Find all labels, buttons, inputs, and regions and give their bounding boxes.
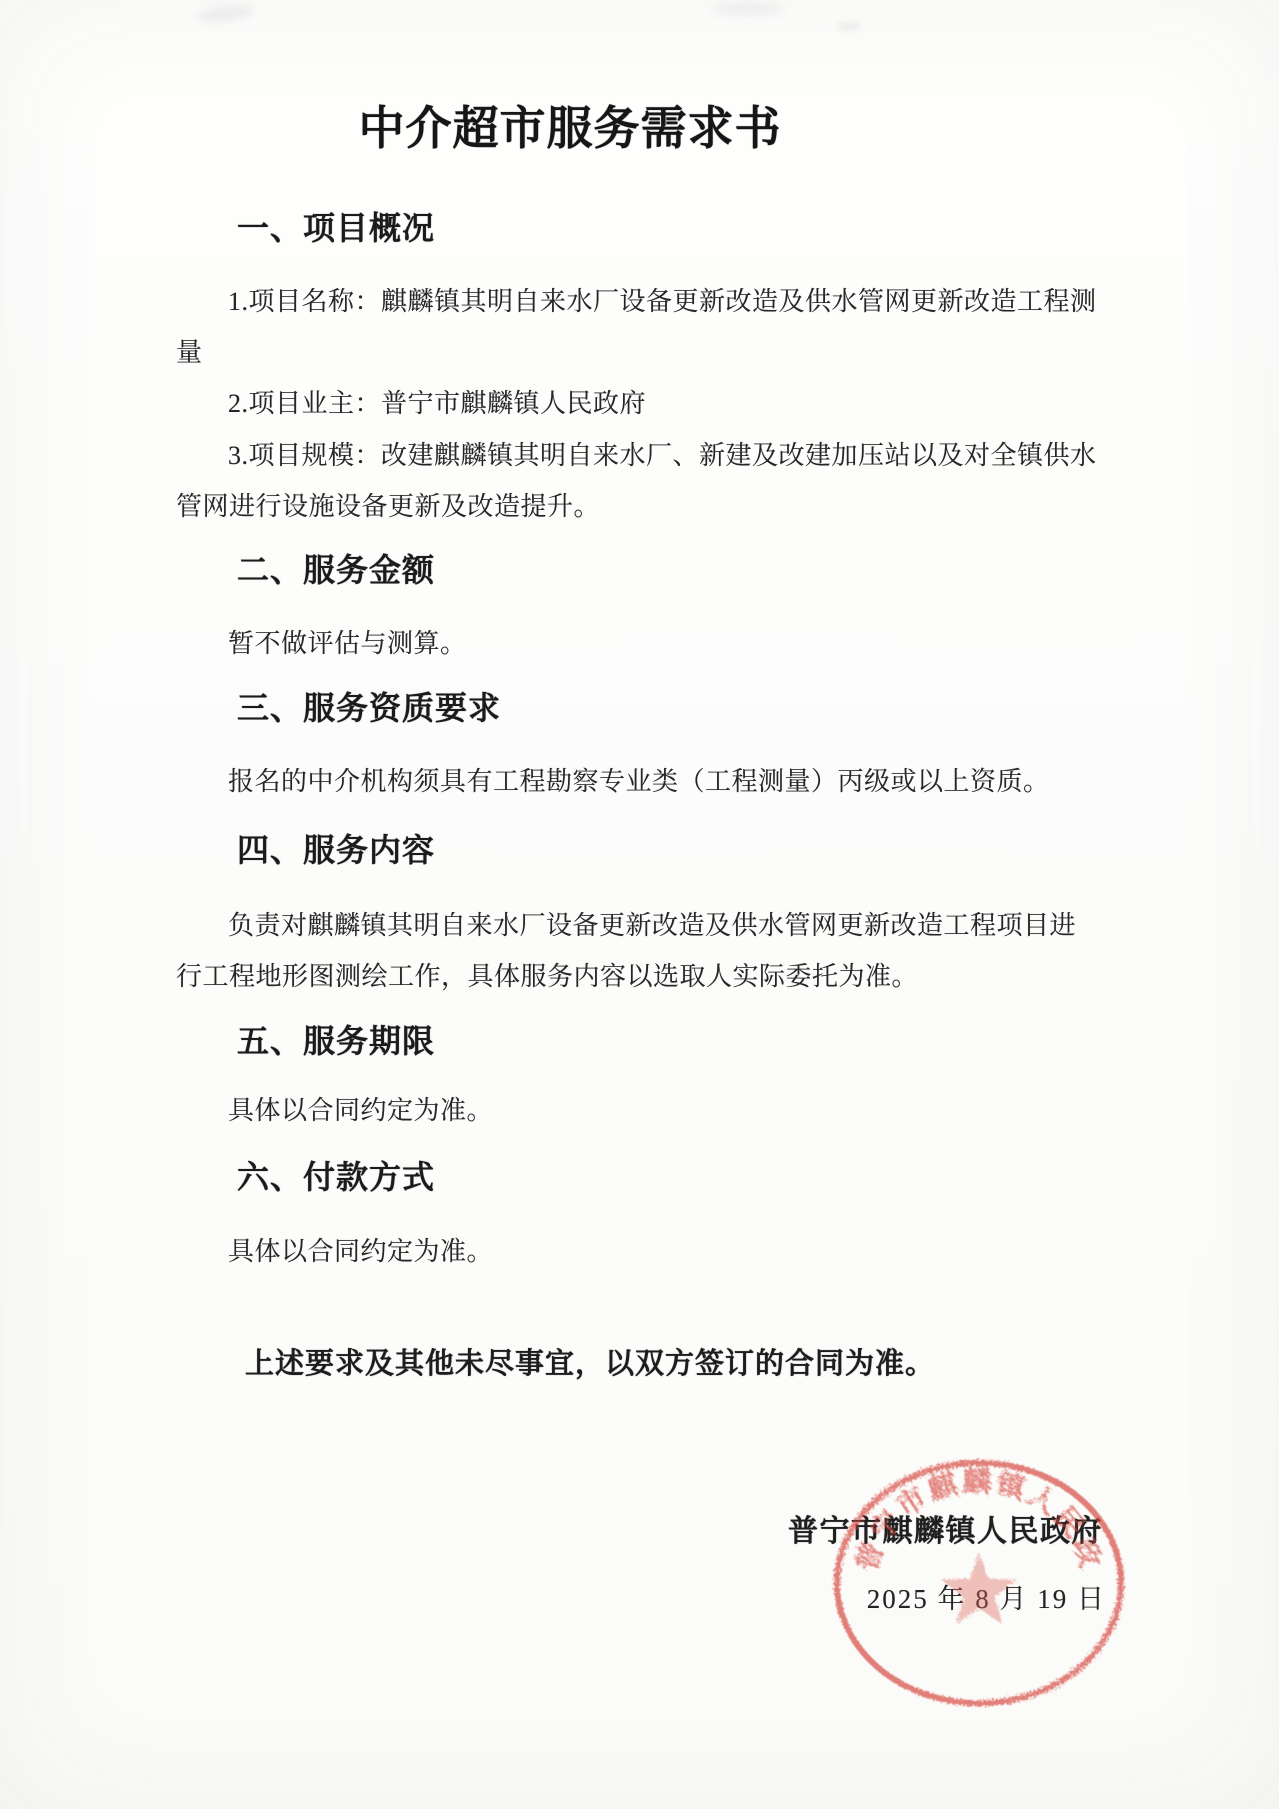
svg-text:普宁市麒麟镇人民政府: 普宁市麒麟镇人民政府 [830, 1452, 1107, 1576]
paragraph-line: 1.项目名称：麒麟镇其明自来水厂设备更新改造及供水管网更新改造工程测 [228, 281, 1097, 318]
section-heading-qualification: 三、服务资质要求 [237, 683, 501, 729]
section-heading-service-content: 四、服务内容 [237, 825, 435, 871]
paragraph-line: 负责对麒麟镇其明自来水厂设备更新改造及供水管网更新改造工程项目进 [228, 905, 1076, 942]
paragraph-line: 暂不做评估与测算。 [228, 623, 467, 660]
paragraph-line: 量 [176, 332, 203, 369]
section-heading-service-period: 五、服务期限 [237, 1016, 435, 1062]
official-seal-stamp: 普宁市麒麟镇人民政府 [830, 1452, 1128, 1714]
paragraph-line: 报名的中介机构须具有工程勘察专业类（工程测量）丙级或以上资质。 [228, 761, 1050, 798]
document-title: 中介超市服务需求书 [0, 92, 1140, 158]
seal-star-icon [941, 1552, 1016, 1624]
paragraph-line: 具体以合同约定为准。 [228, 1090, 493, 1127]
closing-statement: 上述要求及其他未尽事宜，以双方签订的合同为准。 [245, 1341, 935, 1382]
section-heading-project-overview: 一、项目概况 [237, 203, 435, 249]
section-heading-payment-method: 六、付款方式 [237, 1152, 435, 1198]
document-page: 中介超市服务需求书 一、项目概况 1.项目名称：麒麟镇其明自来水厂设备更新改造及… [0, 0, 1279, 1809]
paragraph-line: 管网进行设施设备更新及改造提升。 [176, 486, 600, 523]
scan-smudge [712, 2, 784, 16]
scan-smudge [195, 2, 255, 26]
paragraph-line: 行工程地形图测绘工作，具体服务内容以选取人实际委托为准。 [176, 956, 918, 993]
scan-smudge [836, 22, 862, 30]
section-heading-service-amount: 二、服务金额 [237, 545, 435, 591]
paragraph-line: 具体以合同约定为准。 [228, 1231, 493, 1268]
paragraph-line: 3.项目规模：改建麒麟镇其明自来水厂、新建及改建加压站以及对全镇供水 [228, 435, 1097, 472]
seal-ring-text: 普宁市麒麟镇人民政府 [830, 1452, 1107, 1576]
paragraph-line: 2.项目业主：普宁市麒麟镇人民政府 [228, 383, 646, 420]
